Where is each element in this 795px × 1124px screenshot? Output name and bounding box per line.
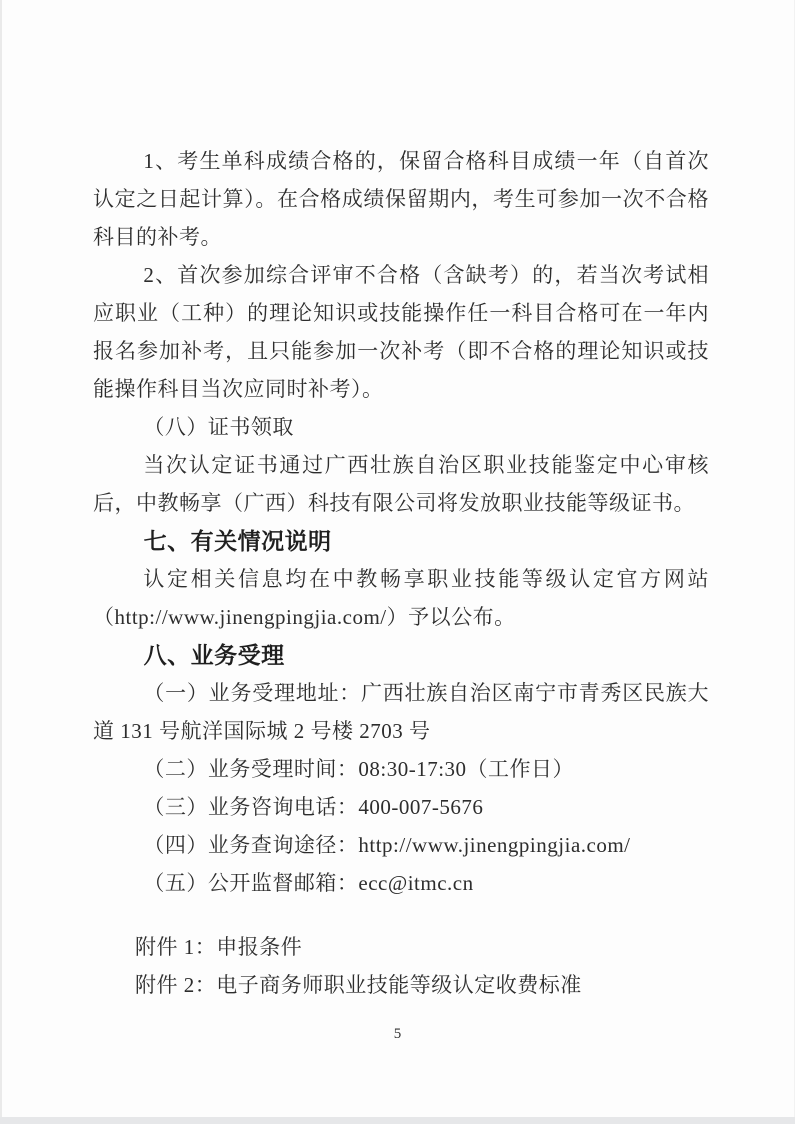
page-bottom-edge-shadow: [0, 1117, 795, 1124]
section-heading-related-notes: 七、有关情况说明: [93, 522, 709, 560]
document-body: 1、考生单科成绩合格的，保留合格科目成绩一年（自首次认定之日起计算）。在合格成绩…: [93, 142, 709, 1004]
attachments-list: 附件 1：申报条件 附件 2：电子商务师职业技能等级认定收费标准: [93, 928, 709, 1004]
paragraph-official-website: 认定相关信息均在中教畅享职业技能等级认定官方网站（http://www.jine…: [93, 560, 709, 636]
service-item-supervision-email: （五）公开监督邮箱：ecc@itmc.cn: [93, 864, 709, 902]
attachment-item-2: 附件 2：电子商务师职业技能等级认定收费标准: [93, 966, 709, 1004]
paragraph-single-subject-retake: 1、考生单科成绩合格的，保留合格科目成绩一年（自首次认定之日起计算）。在合格成绩…: [93, 142, 709, 256]
section-heading-business-acceptance: 八、业务受理: [93, 636, 709, 674]
service-item-phone: （三）业务咨询电话：400-007-5676: [93, 788, 709, 826]
service-item-query-url: （四）业务查询途径：http://www.jinengpingjia.com/: [93, 826, 709, 864]
document-page: 1、考生单科成绩合格的，保留合格科目成绩一年（自首次认定之日起计算）。在合格成绩…: [0, 0, 795, 1124]
paragraph-comprehensive-retake: 2、首次参加综合评审不合格（含缺考）的，若当次考试相应职业（工种）的理论知识或技…: [93, 256, 709, 408]
attachment-item-1: 附件 1：申报条件: [93, 928, 709, 966]
service-item-address: （一）业务受理地址：广西壮族自治区南宁市青秀区民族大道 131 号航洋国际城 2…: [93, 674, 709, 750]
service-item-hours: （二）业务受理时间：08:30-17:30（工作日）: [93, 750, 709, 788]
page-number: 5: [0, 1026, 795, 1043]
paragraph-certificate-issue: 当次认定证书通过广西壮族自治区职业技能鉴定中心审核后，中教畅享（广西）科技有限公…: [93, 446, 709, 522]
page-left-edge-shadow: [0, 0, 2, 1124]
subheading-certificate-collection: （八）证书领取: [93, 408, 709, 446]
